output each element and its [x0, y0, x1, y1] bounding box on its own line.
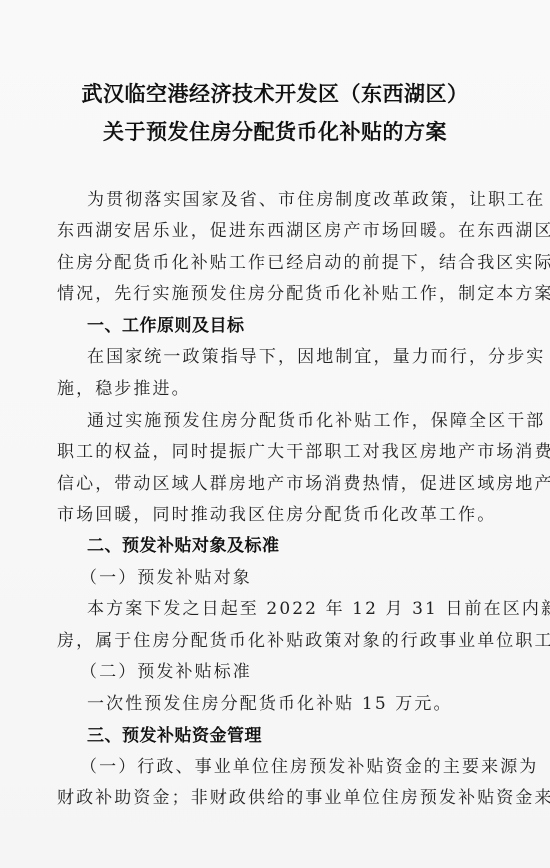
- paragraph-line: 本方案下发之日起至 2022 年 12 月 31 日前在区内新购: [87, 598, 527, 620]
- paragraph-line: 住房分配货币化补贴工作已经启动的前提下，结合我区实际: [57, 252, 497, 274]
- paragraph-line: 施，稳步推进。: [57, 378, 497, 400]
- paragraph-line: 情况，先行实施预发住房分配货币化补贴工作，制定本方案。: [57, 283, 497, 305]
- paragraph-line: 在国家统一政策指导下，因地制宜，量力而行，分步实: [87, 346, 527, 368]
- paragraph-line: 为贯彻落实国家及省、市住房制度改革政策，让职工在: [87, 189, 527, 211]
- paragraph-line: 信心，带动区域人群房地产市场消费热情，促进区域房地产: [57, 473, 497, 495]
- paragraph-line: 一次性预发住房分配货币化补贴 15 万元。: [87, 693, 527, 715]
- paragraph-line: 东西湖安居乐业，促进东西湖区房产市场回暖。在东西湖区: [57, 220, 497, 242]
- section-heading-2: 二、预发补贴对象及标准: [87, 535, 527, 557]
- subsection-heading: （二）预发补贴标准: [80, 661, 520, 683]
- paragraph-line: 通过实施预发住房分配货币化补贴工作，保障全区干部: [87, 410, 527, 432]
- document-title-line-2: 关于预发住房分配货币化补贴的方案: [0, 116, 550, 146]
- subsection-heading: （一）预发补贴对象: [80, 567, 520, 589]
- paragraph-line: 职工的权益，同时提振广大干部职工对我区房地产市场消费: [57, 441, 497, 463]
- paragraph-line: （一）行政、事业单位住房预发补贴资金的主要来源为: [80, 756, 520, 778]
- document-title-line-1: 武汉临空港经济技术开发区（东西湖区）: [0, 78, 550, 108]
- paragraph-line: 财政补助资金；非财政供给的事业单位住房预发补贴资金来: [57, 787, 497, 809]
- section-heading-3: 三、预发补贴资金管理: [87, 725, 527, 747]
- section-heading-1: 一、工作原则及目标: [87, 315, 527, 337]
- paragraph-line: 市场回暖，同时推动我区住房分配货币化改革工作。: [57, 504, 497, 526]
- paragraph-line: 房，属于住房分配货币化补贴政策对象的行政事业单位职工。: [57, 630, 497, 652]
- document-page: 武汉临空港经济技术开发区（东西湖区） 关于预发住房分配货币化补贴的方案 为贯彻落…: [0, 0, 550, 868]
